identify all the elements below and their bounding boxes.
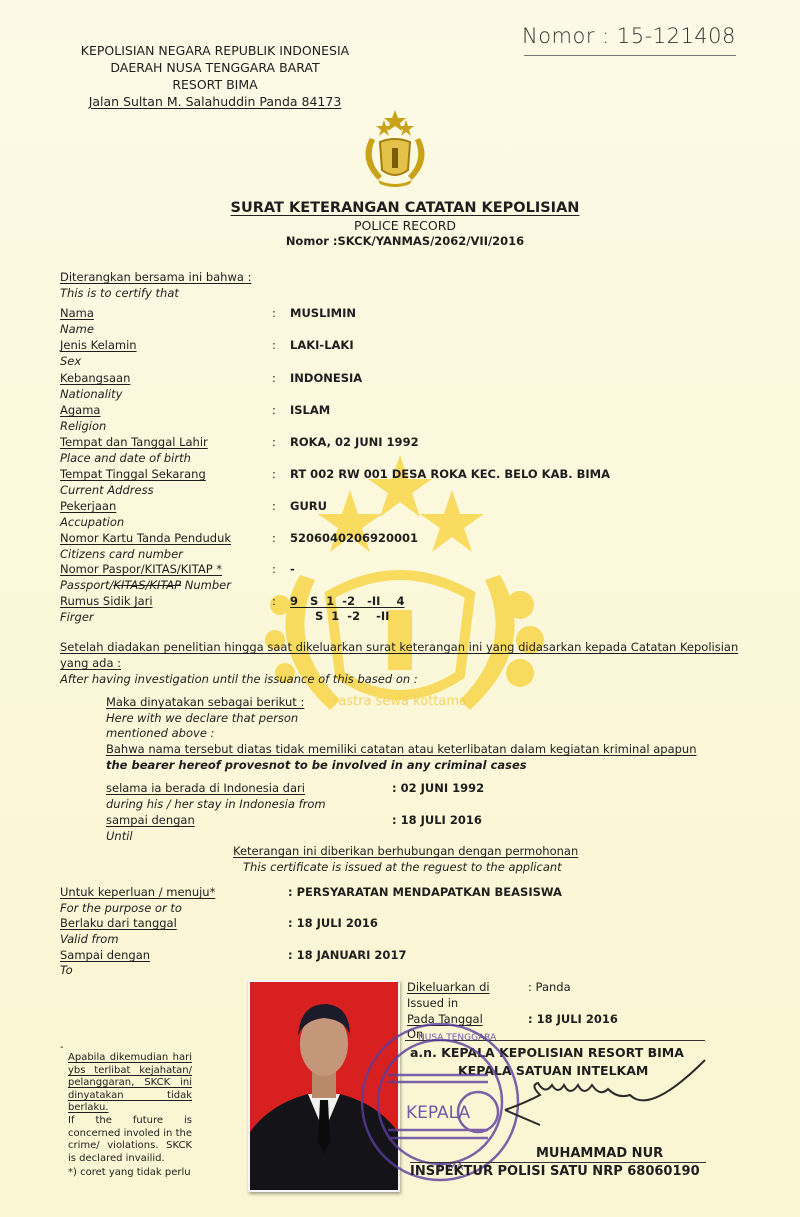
purpose-label-id: Untuk keperluan / menuju* [60,885,215,900]
stay-until-label-id: sampai dengan [106,813,195,828]
declaration-en2: mentioned above : [106,726,214,741]
issuer-header: KEPOLISIAN NEGARA REPUBLIK INDONESIA DAE… [40,42,390,110]
official-stamp-icon: KEPALA NUSA TENGGARA BIMA [358,1020,523,1185]
purpose-value: : PERSYARATAN MENDAPATKAN BEASISWA [288,885,562,900]
document-title-block: SURAT KETERANGAN CATATAN KEPOLISIAN POLI… [180,200,630,248]
field-label-en: Nationality [60,387,122,402]
label-en-part: Number [181,578,231,592]
note-footnote: *) coret yang tidak perlu [68,1167,192,1180]
field-value-secondary: S 1 -2 -II [315,609,389,624]
stay-until-label-en: Until [106,829,133,844]
field-label-id: Rumus Sidik Jari [60,594,153,609]
signatory-name: MUHAMMAD NUR [536,1146,663,1161]
field-value: ROKA, 02 JUNI 1992 [290,435,419,450]
note-dash: - [60,1040,64,1055]
stay-from-label-id: selama ia berada di Indonesia dari [106,781,305,796]
stamp-ring-top: NUSA TENGGARA [418,1033,497,1043]
document-title-english: POLICE RECORD [180,218,630,233]
note-en: If the future is concerned involed in th… [68,1115,192,1165]
issued-place-value: : Panda [528,980,571,995]
header-line3: RESORT BIMA [40,76,390,93]
field-value: INDONESIA [290,371,362,386]
valid-to-label-en: To [60,963,73,978]
intro-id: Diterangkan bersama ini bahwa : [60,270,251,285]
field-colon: : [272,435,276,450]
field-label-id: Tempat dan Tanggal Lahir [60,435,208,450]
field-label-en: Name [60,322,94,337]
valid-to-label-id: Sampai dengan [60,948,150,963]
field-label-en: Firger [60,610,94,625]
field-value: 9 S 1 -2 -II 4 [290,594,404,609]
document-title: SURAT KETERANGAN CATATAN KEPOLISIAN [180,200,630,216]
valid-from-label-id: Berlaku dari tanggal [60,916,177,931]
stamp-text: KEPALA [406,1103,471,1123]
field-label-en: Citizens card number [60,547,183,562]
field-colon: : [272,306,276,321]
field-label-id: Nama [60,306,94,321]
field-colon: : [272,371,276,386]
investigation-en: After having investigation until the iss… [60,672,418,687]
field-colon: : [272,467,276,482]
field-value: RT 002 RW 001 DESA ROKA KEC. BELO KAB. B… [290,467,610,482]
note-id: Apabila dikemudian hari ybs terlibat kej… [68,1052,192,1115]
label-en-struck: KITAS/KITAP [113,578,181,592]
field-label-id: Nomor Kartu Tanda Penduduk [60,531,231,546]
signatory-rank: INSPEKTUR POLISI SATU NRP 68060190 [410,1164,700,1179]
field-value: GURU [290,499,327,514]
statement-en: the bearer hereof provesnot to be involv… [106,758,527,773]
field-label-id: Kebangsaan [60,371,130,386]
stay-from-label-en: during his / her stay in Indonesia from [106,797,326,812]
field-label-en: Religion [60,419,106,434]
valid-from-label-en: Valid from [60,932,119,947]
header-address: Jalan Sultan M. Salahuddin Panda 84173 [40,93,390,110]
field-colon: : [272,403,276,418]
statement-id: Bahwa nama tersebut diatas tidak memilik… [106,742,697,757]
field-value: ISLAM [290,403,330,418]
field-label-en: Accupation [60,515,124,530]
field-colon: : [272,499,276,514]
declaration-en1: Here with we declare that person [106,711,298,726]
field-label-en: Place and date of birth [60,451,191,466]
field-label-id: Pekerjaan [60,499,116,514]
investigation-id-line2: yang ada : [60,656,121,671]
field-colon: : [272,338,276,353]
watermark-motto: rastra sewa kottama [333,694,467,709]
issued-place-label-id: Dikeluarkan di [407,980,490,995]
request-en: This certificate is issued at the regues… [243,860,562,875]
field-colon: : [272,531,276,546]
serial-underline [524,55,736,56]
field-label-id: Agama [60,403,100,418]
declaration-id: Maka dinyatakan sebagai berikut : [106,695,304,710]
signature-icon [500,1055,720,1135]
field-colon: : [272,562,276,577]
document-number: Nomor :SKCK/YANMAS/2062/VII/2016 [180,234,630,248]
field-label-id: Tempat Tinggal Sekarang [60,467,206,482]
header-line1: KEPOLISIAN NEGARA REPUBLIK INDONESIA [40,42,390,59]
field-value: MUSLIMIN [290,306,356,321]
purpose-label-en: For the purpose or to [60,901,182,916]
field-colon: : [272,594,276,609]
field-value: LAKI-LAKI [290,338,354,353]
request-id: Keterangan ini diberikan berhubungan den… [233,844,578,859]
field-label-id: Jenis Kelamin [60,338,137,353]
intro-en: This is to certify that [60,286,179,301]
field-label-en: Current Address [60,483,154,498]
label-en-part: Passport/ [60,578,113,592]
issued-date-value: : 18 JULI 2016 [528,1012,618,1027]
stay-from-value: : 02 JUNI 1992 [392,781,484,796]
valid-to-value: : 18 JANUARI 2017 [288,948,406,963]
field-label-id: Nomor Paspor/KITAS/KITAP * [60,562,222,577]
header-line2: DAERAH NUSA TENGGARA BARAT [40,59,390,76]
field-value: 5206040206920001 [290,531,418,546]
investigation-id-line1: Setelah diadakan penelitian hingga saat … [60,640,738,655]
signature-divider-bottom [410,1162,706,1163]
field-value: - [290,562,295,577]
field-label-en: Passport/KITAS/KITAP Number [60,578,231,593]
valid-from-value: : 18 JULI 2016 [288,916,378,931]
police-crest-icon [352,108,438,188]
issued-place-label-en: Issued in [407,996,458,1011]
stay-until-value: : 18 JULI 2016 [392,813,482,828]
serial-number: Nomor : 15-121408 [522,24,736,48]
invalidity-note: Apabila dikemudian hari ybs terlibat kej… [68,1052,192,1180]
field-label-en: Sex [60,354,81,369]
